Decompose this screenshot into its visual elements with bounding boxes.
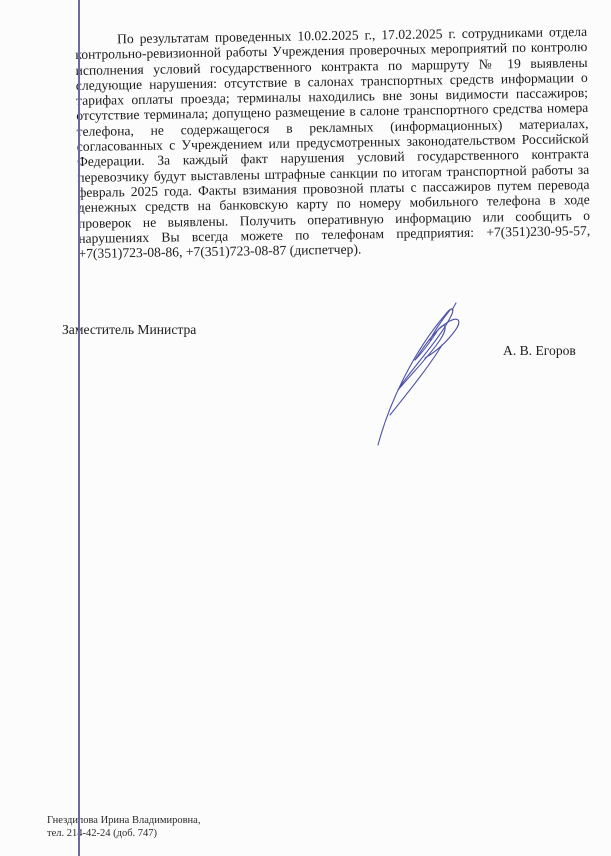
signatory-title: Заместитель Министра	[62, 322, 196, 338]
margin-line	[78, 0, 80, 856]
handwritten-signature-icon	[370, 300, 470, 450]
executor-footer: Гнездилова Ирина Владимировна, тел. 214-…	[47, 815, 200, 840]
body-paragraph: По результатам проведенных 10.02.2025 г.…	[75, 24, 591, 261]
document-page: По результатам проведенных 10.02.2025 г.…	[0, 0, 611, 856]
executor-phone: тел. 214-42-24 (доб. 747)	[47, 828, 200, 841]
executor-name: Гнездилова Ирина Владимировна,	[47, 815, 200, 828]
signatory-name: А. В. Егоров	[503, 343, 576, 359]
letter-body: По результатам проведенных 10.02.2025 г.…	[75, 24, 591, 261]
